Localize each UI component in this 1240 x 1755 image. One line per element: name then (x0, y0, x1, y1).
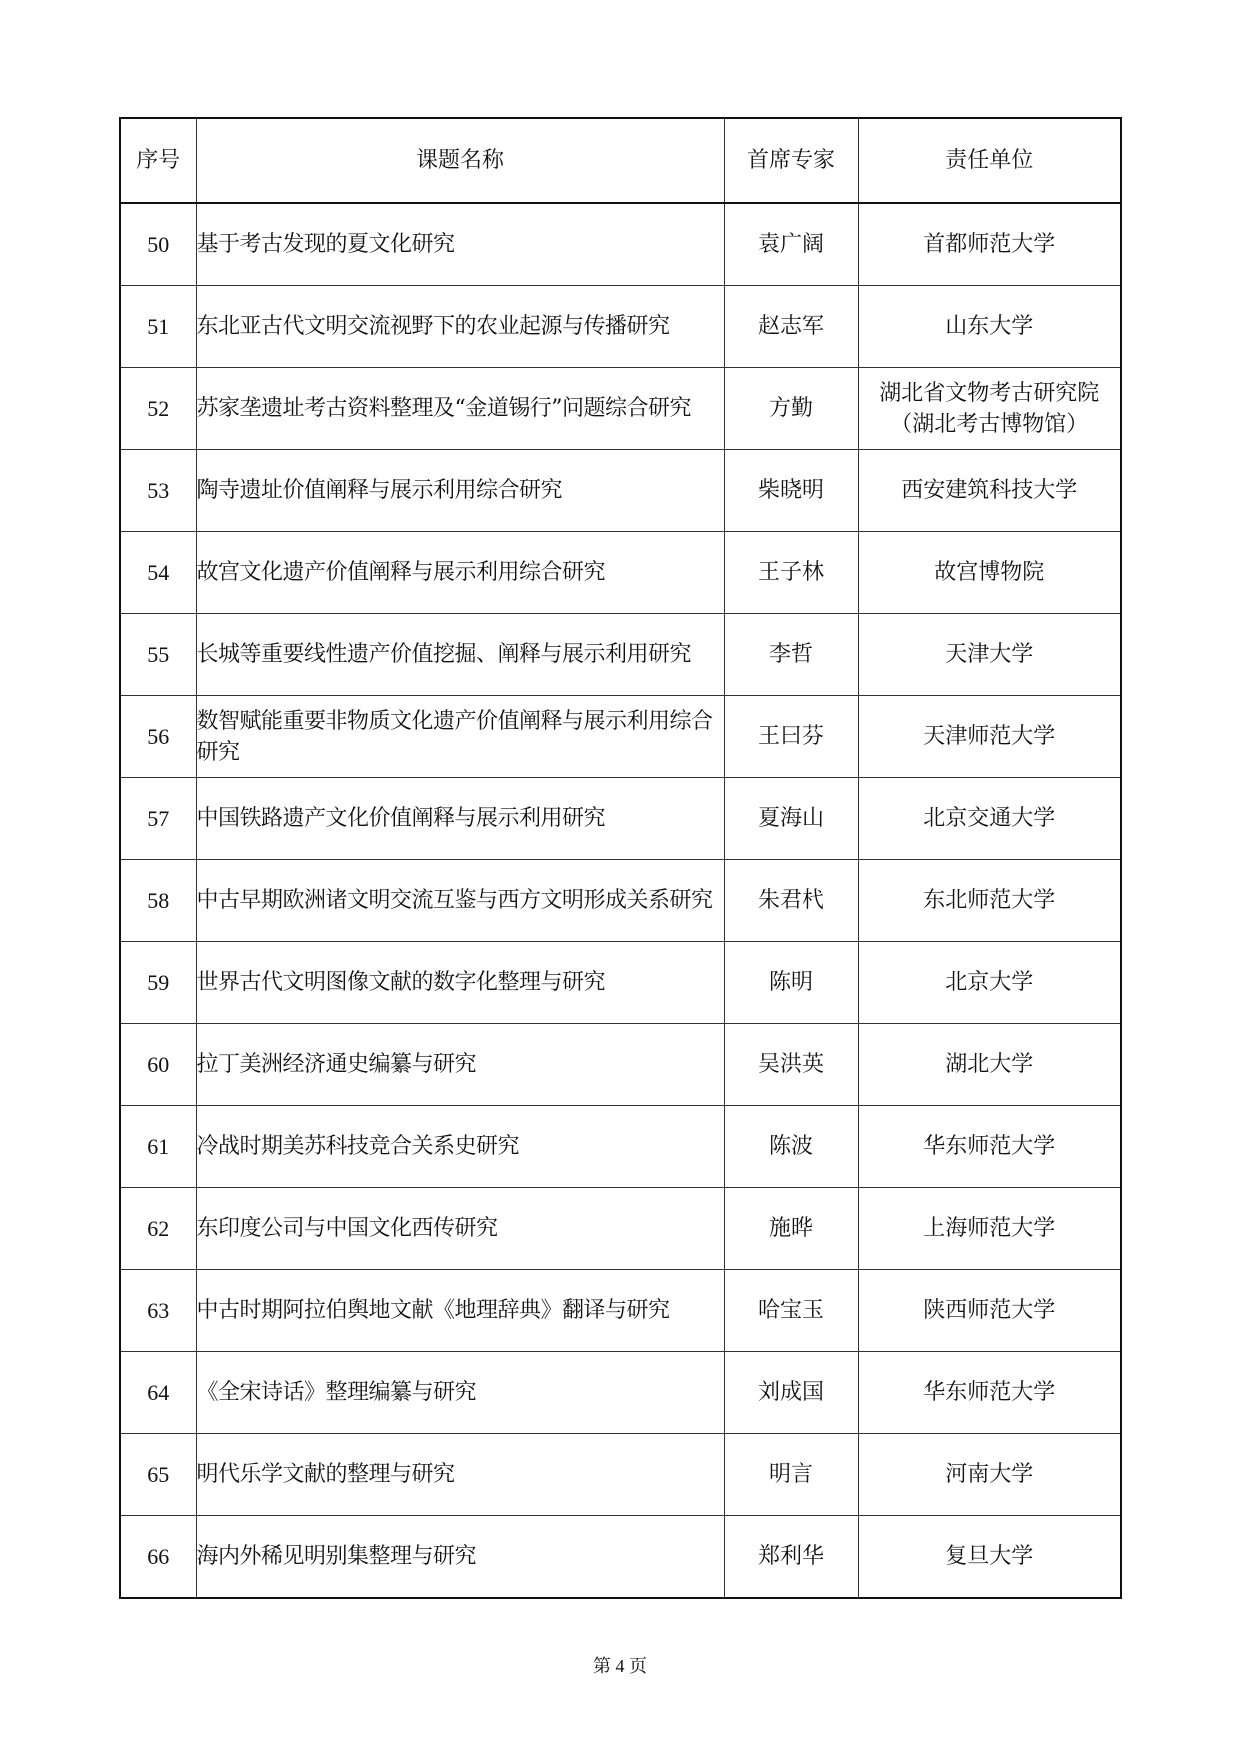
cell-responsible-unit: 天津师范大学 (858, 696, 1121, 778)
table-row: 66 海内外稀见明别集整理与研究 郑利华 复旦大学 (120, 1516, 1121, 1599)
cell-project-title: 东印度公司与中国文化西传研究 (196, 1188, 724, 1270)
cell-serial-number: 63 (120, 1270, 196, 1352)
cell-responsible-unit: 天津大学 (858, 614, 1121, 696)
cell-project-title: 陶寺遗址价值阐释与展示利用综合研究 (196, 450, 724, 532)
cell-serial-number: 54 (120, 532, 196, 614)
cell-chief-expert: 赵志军 (724, 286, 858, 368)
cell-chief-expert: 哈宝玉 (724, 1270, 858, 1352)
table-row: 53 陶寺遗址价值阐释与展示利用综合研究 柴晓明 西安建筑科技大学 (120, 450, 1121, 532)
header-project-title: 课题名称 (196, 118, 724, 203)
cell-serial-number: 56 (120, 696, 196, 778)
cell-chief-expert: 陈波 (724, 1106, 858, 1188)
cell-responsible-unit: 山东大学 (858, 286, 1121, 368)
cell-responsible-unit: 上海师范大学 (858, 1188, 1121, 1270)
cell-serial-number: 66 (120, 1516, 196, 1599)
cell-responsible-unit: 陕西师范大学 (858, 1270, 1121, 1352)
cell-serial-number: 55 (120, 614, 196, 696)
cell-responsible-unit: 湖北大学 (858, 1024, 1121, 1106)
table-header-row: 序号 课题名称 首席专家 责任单位 (120, 118, 1121, 203)
cell-project-title: 海内外稀见明别集整理与研究 (196, 1516, 724, 1599)
cell-responsible-unit: 河南大学 (858, 1434, 1121, 1516)
cell-project-title: 中古早期欧洲诸文明交流互鉴与西方文明形成关系研究 (196, 860, 724, 942)
page-number: 第 4 页 (0, 1654, 1240, 1678)
cell-chief-expert: 明言 (724, 1434, 858, 1516)
cell-responsible-unit: 湖北省文物考古研究院（湖北考古博物馆） (858, 368, 1121, 450)
project-list-table: 序号 课题名称 首席专家 责任单位 50 基于考古发现的夏文化研究 袁广阔 首都… (119, 117, 1122, 1599)
cell-serial-number: 51 (120, 286, 196, 368)
cell-responsible-unit: 复旦大学 (858, 1516, 1121, 1599)
cell-chief-expert: 陈明 (724, 942, 858, 1024)
cell-chief-expert: 王子林 (724, 532, 858, 614)
cell-serial-number: 59 (120, 942, 196, 1024)
table-row: 59 世界古代文明图像文献的数字化整理与研究 陈明 北京大学 (120, 942, 1121, 1024)
cell-project-title: 基于考古发现的夏文化研究 (196, 203, 724, 286)
cell-chief-expert: 朱君杙 (724, 860, 858, 942)
table-row: 55 长城等重要线性遗产价值挖掘、阐释与展示利用研究 李哲 天津大学 (120, 614, 1121, 696)
cell-project-title: 故宫文化遗产价值阐释与展示利用综合研究 (196, 532, 724, 614)
cell-serial-number: 53 (120, 450, 196, 532)
cell-chief-expert: 刘成国 (724, 1352, 858, 1434)
header-chief-expert: 首席专家 (724, 118, 858, 203)
cell-serial-number: 61 (120, 1106, 196, 1188)
cell-project-title: 明代乐学文献的整理与研究 (196, 1434, 724, 1516)
cell-chief-expert: 郑利华 (724, 1516, 858, 1599)
cell-responsible-unit: 华东师范大学 (858, 1352, 1121, 1434)
cell-project-title: 拉丁美洲经济通史编纂与研究 (196, 1024, 724, 1106)
cell-serial-number: 50 (120, 203, 196, 286)
cell-project-title: 世界古代文明图像文献的数字化整理与研究 (196, 942, 724, 1024)
cell-serial-number: 58 (120, 860, 196, 942)
cell-chief-expert: 吴洪英 (724, 1024, 858, 1106)
cell-project-title: 长城等重要线性遗产价值挖掘、阐释与展示利用研究 (196, 614, 724, 696)
cell-responsible-unit: 故宫博物院 (858, 532, 1121, 614)
cell-serial-number: 52 (120, 368, 196, 450)
cell-project-title: 苏家垄遗址考古资料整理及“金道锡行”问题综合研究 (196, 368, 724, 450)
cell-responsible-unit: 北京大学 (858, 942, 1121, 1024)
cell-serial-number: 62 (120, 1188, 196, 1270)
table-row: 57 中国铁路遗产文化价值阐释与展示利用研究 夏海山 北京交通大学 (120, 778, 1121, 860)
cell-project-title: 中古时期阿拉伯舆地文献《地理辞典》翻译与研究 (196, 1270, 724, 1352)
cell-chief-expert: 柴晓明 (724, 450, 858, 532)
table-row: 62 东印度公司与中国文化西传研究 施晔 上海师范大学 (120, 1188, 1121, 1270)
table-row: 56 数智赋能重要非物质文化遗产价值阐释与展示利用综合研究 王曰芬 天津师范大学 (120, 696, 1121, 778)
table-row: 52 苏家垄遗址考古资料整理及“金道锡行”问题综合研究 方勤 湖北省文物考古研究… (120, 368, 1121, 450)
header-responsible-unit: 责任单位 (858, 118, 1121, 203)
cell-chief-expert: 李哲 (724, 614, 858, 696)
cell-chief-expert: 施晔 (724, 1188, 858, 1270)
document-page: 序号 课题名称 首席专家 责任单位 50 基于考古发现的夏文化研究 袁广阔 首都… (0, 0, 1240, 1755)
cell-project-title: 中国铁路遗产文化价值阐释与展示利用研究 (196, 778, 724, 860)
cell-responsible-unit: 首都师范大学 (858, 203, 1121, 286)
table-row: 54 故宫文化遗产价值阐释与展示利用综合研究 王子林 故宫博物院 (120, 532, 1121, 614)
table-row: 64 《全宋诗话》整理编纂与研究 刘成国 华东师范大学 (120, 1352, 1121, 1434)
table-row: 61 冷战时期美苏科技竞合关系史研究 陈波 华东师范大学 (120, 1106, 1121, 1188)
cell-responsible-unit: 北京交通大学 (858, 778, 1121, 860)
table-row: 51 东北亚古代文明交流视野下的农业起源与传播研究 赵志军 山东大学 (120, 286, 1121, 368)
cell-chief-expert: 袁广阔 (724, 203, 858, 286)
cell-serial-number: 60 (120, 1024, 196, 1106)
cell-project-title: 冷战时期美苏科技竞合关系史研究 (196, 1106, 724, 1188)
cell-serial-number: 65 (120, 1434, 196, 1516)
table-row: 50 基于考古发现的夏文化研究 袁广阔 首都师范大学 (120, 203, 1121, 286)
header-serial-number: 序号 (120, 118, 196, 203)
cell-project-title: 数智赋能重要非物质文化遗产价值阐释与展示利用综合研究 (196, 696, 724, 778)
cell-responsible-unit: 西安建筑科技大学 (858, 450, 1121, 532)
cell-responsible-unit: 华东师范大学 (858, 1106, 1121, 1188)
cell-project-title: 《全宋诗话》整理编纂与研究 (196, 1352, 724, 1434)
cell-responsible-unit: 东北师范大学 (858, 860, 1121, 942)
table-row: 65 明代乐学文献的整理与研究 明言 河南大学 (120, 1434, 1121, 1516)
cell-chief-expert: 方勤 (724, 368, 858, 450)
cell-chief-expert: 夏海山 (724, 778, 858, 860)
cell-chief-expert: 王曰芬 (724, 696, 858, 778)
table-row: 58 中古早期欧洲诸文明交流互鉴与西方文明形成关系研究 朱君杙 东北师范大学 (120, 860, 1121, 942)
cell-serial-number: 64 (120, 1352, 196, 1434)
cell-serial-number: 57 (120, 778, 196, 860)
cell-project-title: 东北亚古代文明交流视野下的农业起源与传播研究 (196, 286, 724, 368)
table-row: 60 拉丁美洲经济通史编纂与研究 吴洪英 湖北大学 (120, 1024, 1121, 1106)
table-row: 63 中古时期阿拉伯舆地文献《地理辞典》翻译与研究 哈宝玉 陕西师范大学 (120, 1270, 1121, 1352)
